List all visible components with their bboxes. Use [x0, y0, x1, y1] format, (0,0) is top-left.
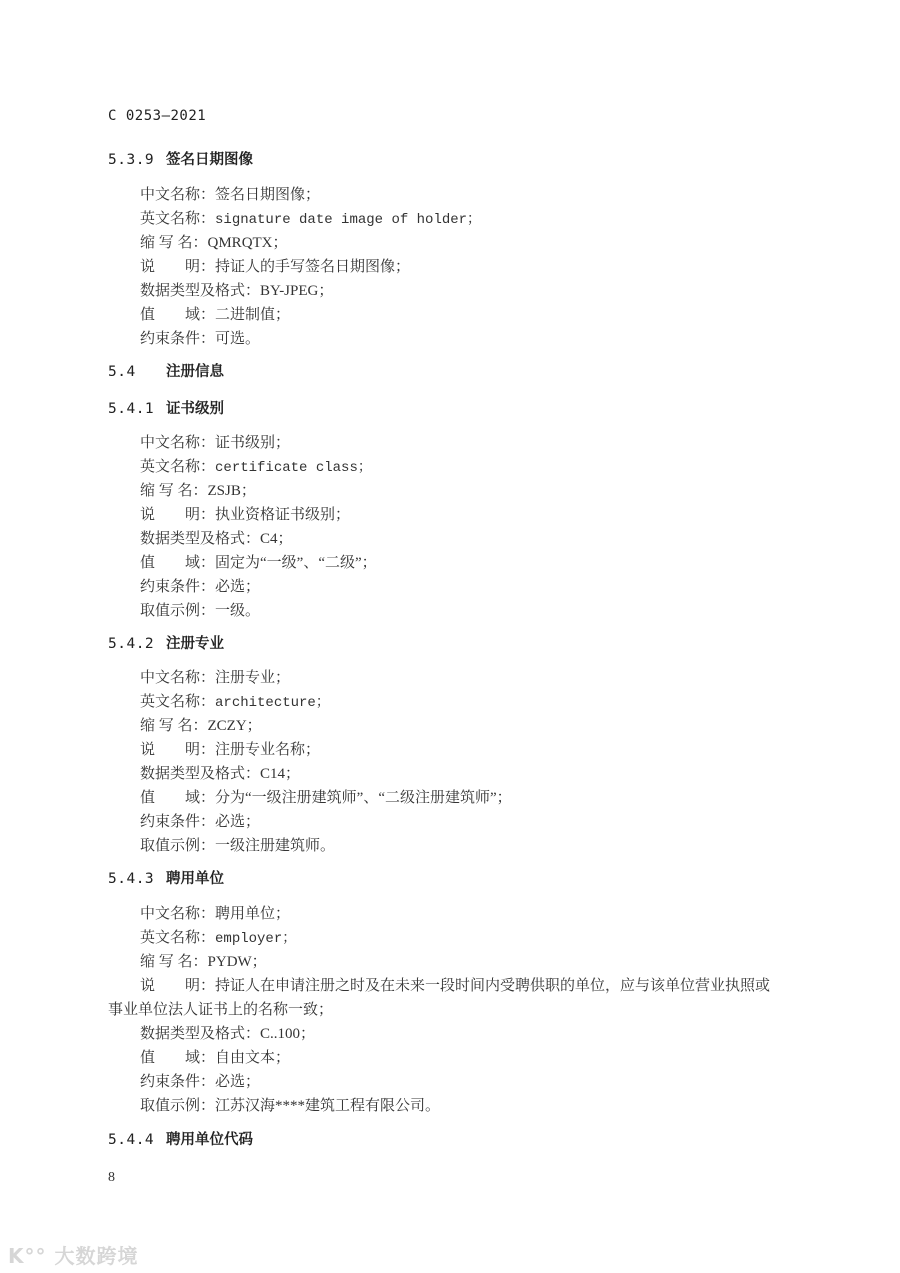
field-line: 中文名称：聘用单位； — [140, 902, 290, 923]
section-heading-5-4-1: 5.4.1证书级别 — [108, 397, 224, 418]
field-line: 约束条件：必选； — [140, 810, 260, 831]
field-line: 取值示例：江苏汉海****建筑工程有限公司。 — [140, 1094, 440, 1115]
section-title: 签名日期图像 — [166, 152, 253, 168]
section-title: 注册专业 — [166, 636, 224, 652]
field-line: 取值示例：一级注册建筑师。 — [140, 834, 335, 855]
section-number: 5.4.1 — [108, 401, 166, 417]
field-line: 缩 写 名：ZCZY； — [140, 714, 262, 735]
section-title: 聘用单位代码 — [166, 1132, 253, 1148]
watermark-logo: K°° 大数跨境 — [8, 1240, 138, 1269]
section-heading-5-4-3: 5.4.3聘用单位 — [108, 867, 224, 888]
field-line: 英文名称：employer； — [140, 926, 296, 947]
field-line: 中文名称：证书级别； — [140, 431, 290, 452]
field-line: 英文名称：architecture； — [140, 690, 330, 711]
field-line: 缩 写 名：QMRQTX； — [140, 231, 288, 252]
field-line: 数据类型及格式：C14； — [140, 762, 300, 783]
field-line: 中文名称：签名日期图像； — [140, 183, 320, 204]
document-page: C 0253—2021 5.3.9签名日期图像 中文名称：签名日期图像； 英文名… — [0, 0, 900, 1273]
field-line: 数据类型及格式：BY-JPEG； — [140, 279, 333, 300]
section-number: 5.3.9 — [108, 152, 166, 168]
section-number: 5.4 — [108, 364, 166, 380]
field-line: 值 域：自由文本； — [140, 1046, 290, 1067]
section-title: 聘用单位 — [166, 871, 224, 887]
page-number: 8 — [108, 1170, 115, 1186]
standard-code: C 0253—2021 — [108, 108, 206, 124]
section-number: 5.4.2 — [108, 636, 166, 652]
field-line: 英文名称：signature date image of holder； — [140, 207, 481, 228]
field-line: 约束条件：可选。 — [140, 327, 260, 348]
section-heading-5-3-9: 5.3.9签名日期图像 — [108, 148, 253, 169]
field-line: 值 域：分为“一级注册建筑师”、“二级注册建筑师”； — [140, 786, 512, 807]
field-line: 缩 写 名：ZSJB； — [140, 479, 256, 500]
section-number: 5.4.4 — [108, 1132, 166, 1148]
field-line: 数据类型及格式：C..100； — [140, 1022, 315, 1043]
field-line: 中文名称：注册专业； — [140, 666, 290, 687]
field-line: 取值示例：一级。 — [140, 599, 260, 620]
field-line: 约束条件：必选； — [140, 1070, 260, 1091]
section-title: 注册信息 — [166, 364, 224, 380]
section-number: 5.4.3 — [108, 871, 166, 887]
field-line: 值 域：二进制值； — [140, 303, 290, 324]
field-line: 缩 写 名：PYDW； — [140, 950, 267, 971]
section-heading-5-4: 5.4注册信息 — [108, 360, 224, 381]
field-line: 值 域：固定为“一级”、“二级”； — [140, 551, 377, 572]
field-line: 数据类型及格式：C4； — [140, 527, 293, 548]
section-title: 证书级别 — [166, 401, 224, 417]
field-line: 说 明：注册专业名称； — [140, 738, 320, 759]
section-heading-5-4-2: 5.4.2注册专业 — [108, 632, 224, 653]
field-line: 说 明：持证人的手写签名日期图像； — [140, 255, 410, 276]
field-line: 说 明：持证人在申请注册之时及在未来一段时间内受聘供职的单位，应与该单位营业执照… — [140, 974, 770, 995]
section-heading-5-4-4: 5.4.4聘用单位代码 — [108, 1128, 253, 1149]
field-line: 约束条件：必选； — [140, 575, 260, 596]
field-line-continuation: 事业单位法人证书上的名称一致； — [108, 998, 333, 1019]
field-line: 英文名称：certificate class； — [140, 455, 372, 476]
field-line: 说 明：执业资格证书级别； — [140, 503, 350, 524]
